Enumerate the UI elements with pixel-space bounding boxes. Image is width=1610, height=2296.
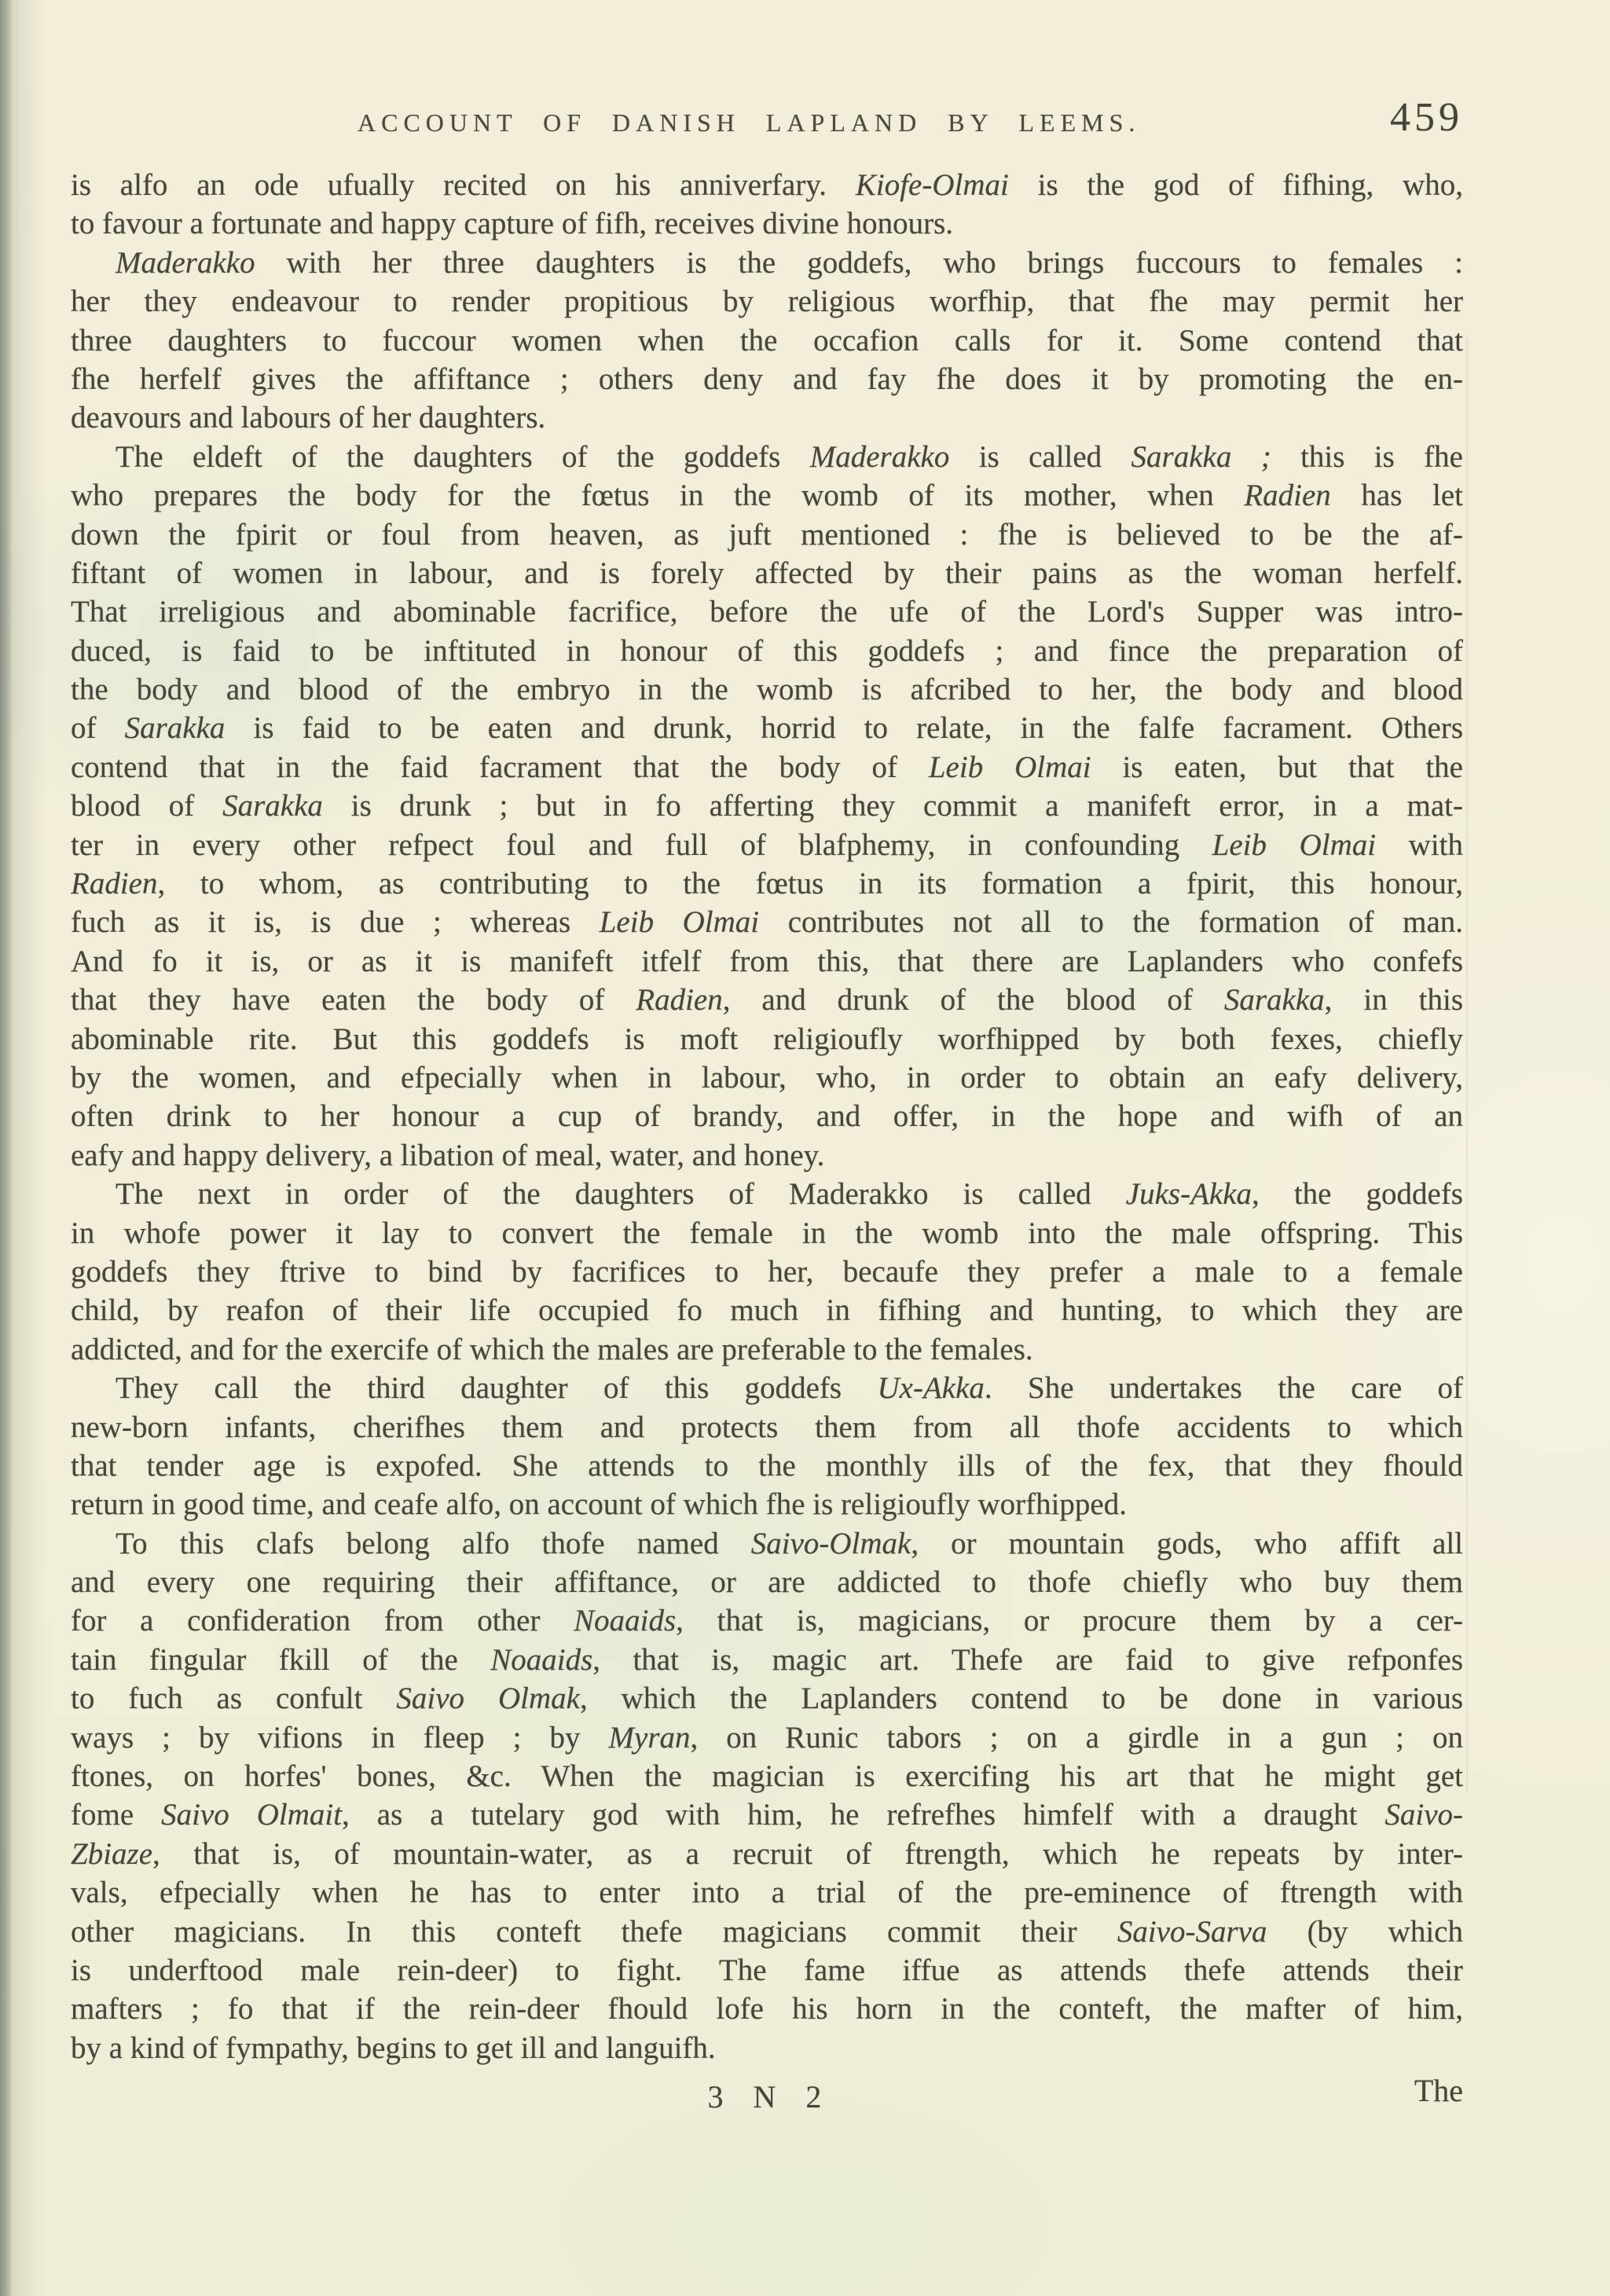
- text-line: duced, is faid to be inftituted in honou…: [71, 632, 1463, 670]
- text-line: addicted, and for the exercife of which …: [71, 1330, 1463, 1369]
- italic-text-segment: Leib Olmai: [1212, 828, 1376, 862]
- text-segment: That irreligious and abominable facrific…: [71, 595, 1463, 629]
- text-segment: They call the third daughter of this god…: [116, 1371, 877, 1405]
- italic-text-segment: Maderakko: [116, 246, 255, 280]
- text-line: the body and blood of the embryo in the …: [71, 670, 1463, 709]
- text-segment: vals, efpecially when he has to enter in…: [71, 1876, 1463, 1909]
- text-line: who prepares the body for the fœtus in t…: [71, 476, 1463, 515]
- text-segment: ways ; by vifions in fleep ; by: [71, 1721, 609, 1755]
- text-segment: The eldeft of the daughters of the godde…: [116, 440, 810, 474]
- text-line: vals, efpecially when he has to enter in…: [71, 1873, 1463, 1912]
- italic-text-segment: Kiofe-Olmai: [856, 168, 1009, 202]
- text-segment: this is fhe: [1271, 440, 1463, 474]
- italic-text-segment: Maderakko: [810, 440, 950, 474]
- italic-text-segment: Zbiaze: [71, 1837, 152, 1871]
- text-line: The next in order of the daughters of Ma…: [71, 1175, 1463, 1213]
- signature-mark: 3 N 2: [71, 2078, 1463, 2115]
- text-line: ter in every other refpect foul and full…: [71, 826, 1463, 864]
- text-segment: ftones, on horfes' bones, &c. When the m…: [71, 1759, 1463, 1793]
- text-line: ways ; by vifions in fleep ; by Myran, o…: [71, 1718, 1463, 1757]
- text-segment: , the goddefs: [1252, 1177, 1463, 1211]
- text-line: often drink to her honour a cup of brand…: [71, 1097, 1463, 1135]
- text-line: Zbiaze, that is, of mountain-water, as a…: [71, 1835, 1463, 1873]
- italic-text-segment: Leib Olmai: [929, 750, 1091, 784]
- text-line: That irreligious and abominable facrific…: [71, 592, 1463, 631]
- text-segment: return in good time, and ceafe alfo, on …: [71, 1487, 1127, 1521]
- italic-text-segment: Saivo-: [1384, 1798, 1463, 1832]
- text-line: ftones, on horfes' bones, &c. When the m…: [71, 1757, 1463, 1795]
- text-line: to fuch as confult Saivo Olmak, which th…: [71, 1679, 1463, 1718]
- text-line: Maderakko with her three daughters is th…: [71, 244, 1463, 282]
- text-line: fhe herfelf gives the affiftance ; other…: [71, 360, 1463, 398]
- text-segment: tain fingular fkill of the: [71, 1643, 490, 1677]
- text-segment: down the fpirit or foul from heaven, as …: [71, 518, 1463, 552]
- text-segment: addicted, and for the exercife of which …: [71, 1333, 1033, 1366]
- page-gutter-shadow-soft: [0, 0, 47, 2296]
- text-segment: who prepares the body for the fœtus in t…: [71, 479, 1244, 512]
- text-line: tain fingular fkill of the Noaaids, that…: [71, 1641, 1463, 1679]
- text-segment: mafters ; fo that if the rein-deer fhoul…: [71, 1992, 1463, 2026]
- italic-text-segment: Noaaids: [574, 1604, 676, 1638]
- text-line: that tender age is expofed. She attends …: [71, 1447, 1463, 1485]
- text-segment: To this clafs belong alfo thofe named: [116, 1527, 751, 1561]
- text-segment: is eaten, but that the: [1091, 750, 1463, 784]
- text-segment: to fuch as confult: [71, 1682, 396, 1715]
- text-line: goddefs they ftrive to bind by facrifice…: [71, 1253, 1463, 1291]
- text-line: new-born infants, cherifhes them and pro…: [71, 1408, 1463, 1447]
- text-segment: is underftood male rein-deer) to fight. …: [71, 1953, 1463, 1987]
- text-segment: , that is, of mountain-water, as a recru…: [152, 1837, 1463, 1871]
- text-line: that they have eaten the body of Radien,…: [71, 981, 1463, 1019]
- running-header-title: ACCOUNT OF DANISH LAPLAND BY LEEMS.: [358, 108, 1140, 138]
- text-segment: , and drunk of the blood of: [723, 983, 1224, 1017]
- italic-text-segment: Ux-Akka: [877, 1371, 984, 1405]
- body-text: is alfo an ode ufually recited on his an…: [71, 166, 1463, 2067]
- text-line: down the fpirit or foul from heaven, as …: [71, 515, 1463, 554]
- text-line: by the women, and efpecially when in lab…: [71, 1058, 1463, 1097]
- text-line: of Sarakka is faid to be eaten and drunk…: [71, 709, 1463, 747]
- text-segment: the body and blood of the embryo in the …: [71, 673, 1463, 706]
- text-line: fome Saivo Olmait, as a tutelary god wit…: [71, 1795, 1463, 1834]
- text-line: Radien, to whom, as contributing to the …: [71, 864, 1463, 903]
- text-line: other magicians. In this conteft thefe m…: [71, 1913, 1463, 1951]
- text-line: contend that in the faid facrament that …: [71, 748, 1463, 787]
- text-segment: , in this: [1325, 983, 1463, 1017]
- text-line: by a kind of fympathy, begins to get ill…: [71, 2029, 1463, 2067]
- text-segment: her they endeavour to render propitious …: [71, 284, 1463, 318]
- text-segment: that they have eaten the body of: [71, 983, 636, 1017]
- text-line: abominable rite. But this goddefs is mof…: [71, 1020, 1463, 1058]
- text-segment: fuch as it is, is due ; whereas: [71, 905, 600, 939]
- text-segment: goddefs they ftrive to bind by facrifice…: [71, 1255, 1463, 1289]
- text-segment: fhe herfelf gives the affiftance ; other…: [71, 362, 1463, 396]
- book-page-scan: ACCOUNT OF DANISH LAPLAND BY LEEMS. 459 …: [0, 0, 1610, 2296]
- text-segment: three daughters to fuccour women when th…: [71, 324, 1463, 358]
- text-segment: , to whom, as contributing to the fœtus …: [157, 867, 1463, 900]
- text-segment: for a confideration from other: [71, 1604, 574, 1638]
- italic-text-segment: Leib Olmai: [600, 905, 759, 939]
- text-segment: ter in every other refpect foul and full…: [71, 828, 1212, 862]
- text-line: blood of Sarakka is drunk ; but in fo af…: [71, 787, 1463, 825]
- text-line: child, by reafon of their life occupied …: [71, 1291, 1463, 1330]
- page-fold-line: [1466, 338, 1468, 1792]
- text-segment: . She undertakes the care of: [985, 1371, 1463, 1405]
- text-segment: abominable rite. But this goddefs is mof…: [71, 1022, 1463, 1056]
- text-segment: child, by reafon of their life occupied …: [71, 1293, 1463, 1327]
- italic-text-segment: Radien: [1244, 479, 1330, 512]
- text-segment: , or mountain gods, who affift all: [911, 1527, 1463, 1561]
- italic-text-segment: Saivo-Olmak: [751, 1527, 911, 1561]
- text-segment: , on Runic tabors ; on a girdle in a gun…: [691, 1721, 1463, 1755]
- text-line: three daughters to fuccour women when th…: [71, 321, 1463, 360]
- italic-text-segment: Saivo-Sarva: [1117, 1915, 1267, 1949]
- text-line: fiftant of women in labour, and is forel…: [71, 554, 1463, 592]
- text-segment: to favour a fortunate and happy capture …: [71, 207, 953, 240]
- text-segment: with: [1376, 828, 1463, 862]
- text-segment: is drunk ; but in fo afferting they comm…: [323, 789, 1463, 823]
- text-line: And fo it is, or as it is manifeft itfel…: [71, 942, 1463, 981]
- text-segment: The next in order of the daughters of Ma…: [116, 1177, 1126, 1211]
- paragraph: Maderakko with her three daughters is th…: [71, 244, 1463, 438]
- text-segment: , that is, magic art. Thefe are faid to …: [592, 1643, 1463, 1677]
- italic-text-segment: Saivo Olmak: [396, 1682, 580, 1715]
- text-segment: , that is, magicians, or procure them by…: [676, 1604, 1463, 1638]
- text-segment: by a kind of fympathy, begins to get ill…: [71, 2031, 716, 2065]
- text-segment: And fo it is, or as it is manifeft itfel…: [71, 944, 1463, 978]
- text-line: is alfo an ode ufually recited on his an…: [71, 166, 1463, 204]
- text-segment: other magicians. In this conteft thefe m…: [71, 1915, 1117, 1949]
- text-line: return in good time, and ceafe alfo, on …: [71, 1485, 1463, 1524]
- italic-text-segment: Sarakka: [1224, 983, 1325, 1017]
- paragraph: The next in order of the daughters of Ma…: [71, 1175, 1463, 1369]
- text-segment: has let: [1331, 479, 1463, 512]
- italic-text-segment: Radien: [71, 867, 157, 900]
- text-segment: contributes not all to the formation of …: [759, 905, 1463, 939]
- text-segment: contend that in the faid facrament that …: [71, 750, 929, 784]
- paragraph: They call the third daughter of this god…: [71, 1369, 1463, 1524]
- text-line: in whofe power it lay to convert the fem…: [71, 1214, 1463, 1253]
- text-segment: new-born infants, cherifhes them and pro…: [71, 1410, 1463, 1444]
- text-line: and every one requiring their affiftance…: [71, 1563, 1463, 1601]
- italic-text-segment: Radien: [636, 983, 722, 1017]
- text-segment: fiftant of women in labour, and is forel…: [71, 556, 1463, 590]
- text-segment: (by which: [1267, 1915, 1463, 1949]
- text-segment: eafy and happy delivery, a libation of m…: [71, 1139, 824, 1172]
- text-segment: , as a tutelary god with him, he refrefh…: [342, 1798, 1384, 1832]
- text-segment: and every one requiring their affiftance…: [71, 1565, 1463, 1599]
- text-segment: blood of: [71, 789, 222, 823]
- paragraph: The eldeft of the daughters of the godde…: [71, 438, 1463, 1175]
- text-segment: is the god of fifhing, who,: [1009, 168, 1463, 202]
- text-line: fuch as it is, is due ; whereas Leib Olm…: [71, 903, 1463, 941]
- text-segment: is called: [949, 440, 1131, 474]
- paragraph: is alfo an ode ufually recited on his an…: [71, 166, 1463, 244]
- text-segment: , which the Laplanders contend to be don…: [580, 1682, 1463, 1715]
- italic-text-segment: Noaaids: [490, 1643, 592, 1677]
- text-line: The eldeft of the daughters of the godde…: [71, 438, 1463, 476]
- text-line: deavours and labours of her daughters.: [71, 398, 1463, 437]
- text-segment: is faid to be eaten and drunk, horrid to…: [225, 711, 1463, 745]
- paragraph: To this clafs belong alfo thofe named Sa…: [71, 1524, 1463, 2067]
- text-segment: often drink to her honour a cup of brand…: [71, 1099, 1463, 1133]
- italic-text-segment: Sarakka: [125, 711, 226, 745]
- text-segment: that tender age is expofed. She attends …: [71, 1449, 1463, 1483]
- italic-text-segment: Juks-Akka: [1126, 1177, 1252, 1211]
- text-segment: duced, is faid to be inftituted in honou…: [71, 634, 1463, 668]
- catchword: The: [1414, 2072, 1463, 2109]
- text-segment: with her three daughters is the goddefs,…: [255, 246, 1463, 280]
- text-line: is underftood male rein-deer) to fight. …: [71, 1951, 1463, 1990]
- page-footer: 3 N 2 The: [71, 2078, 1463, 2125]
- text-line: To this clafs belong alfo thofe named Sa…: [71, 1524, 1463, 1563]
- italic-text-segment: Sarakka ;: [1131, 440, 1271, 474]
- text-segment: is alfo an ode ufually recited on his an…: [71, 168, 856, 202]
- text-segment: fome: [71, 1798, 161, 1832]
- text-line: eafy and happy delivery, a libation of m…: [71, 1136, 1463, 1175]
- text-line: her they endeavour to render propitious …: [71, 282, 1463, 321]
- text-line: to favour a fortunate and happy capture …: [71, 204, 1463, 243]
- page-number: 459: [1390, 94, 1463, 141]
- italic-text-segment: Sarakka: [222, 789, 323, 823]
- text-segment: of: [71, 711, 125, 745]
- text-segment: deavours and labours of her daughters.: [71, 401, 545, 435]
- text-segment: by the women, and efpecially when in lab…: [71, 1061, 1463, 1095]
- italic-text-segment: Saivo Olmait: [161, 1798, 342, 1832]
- text-line: They call the third daughter of this god…: [71, 1369, 1463, 1407]
- italic-text-segment: Myran: [609, 1721, 691, 1755]
- text-line: mafters ; fo that if the rein-deer fhoul…: [71, 1990, 1463, 2028]
- text-segment: in whofe power it lay to convert the fem…: [71, 1216, 1463, 1250]
- text-line: for a confideration from other Noaaids, …: [71, 1601, 1463, 1640]
